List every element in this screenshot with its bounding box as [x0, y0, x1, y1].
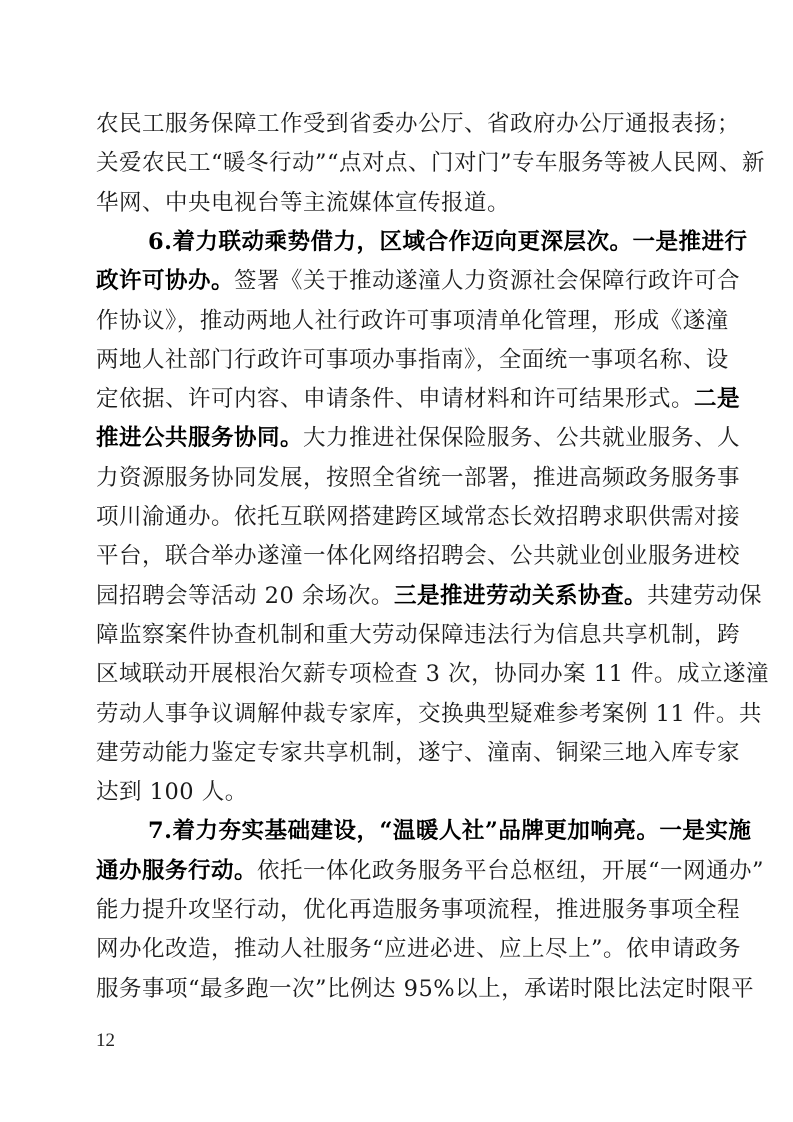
- text-run: 共建劳动保: [647, 583, 762, 609]
- text-line: 6.着力联动乘势借力，区域合作迈向更深层次。一是推进行: [148, 225, 698, 259]
- bold-text: 推进公共服务协同。: [96, 425, 303, 451]
- text-line: 华网、中央电视台等主流媒体宣传报道。: [96, 186, 698, 220]
- bold-text: 通办服务行动。: [96, 858, 257, 884]
- text-run: 能力提升攻坚行动，优化再造服务事项流程，推进服务事项全程: [96, 897, 740, 923]
- text-line: 达到 100 人。: [96, 775, 698, 809]
- text-run: 障监察案件协查机制和重大劳动保障违法行为信息共享机制，跨: [96, 622, 740, 648]
- text-run: 劳动人事争议调解仲裁专家库，交换典型疑难参考案例 11 件。共: [96, 701, 762, 727]
- text-line: 能力提升攻坚行动，优化再造服务事项流程，推进服务事项全程: [96, 893, 698, 927]
- text-run: 依托一体化政务服务平台总枢纽，开展“一网通办”: [257, 858, 764, 884]
- text-line: 服务事项“最多跑一次”比例达 95%以上，承诺时限比法定时限平: [96, 972, 698, 1006]
- text-line: 通办服务行动。依托一体化政务服务平台总枢纽，开展“一网通办”: [96, 854, 698, 888]
- text-line: 作协议》，推动两地人社行政许可事项清单化管理，形成《遂潼: [96, 304, 698, 338]
- text-line: 7.着力夯实基础建设，“温暖人社”品牌更加响亮。一是实施: [148, 814, 698, 848]
- bold-text: 7.着力夯实基础建设，“温暖人社”品牌更加响亮。一是实施: [148, 818, 751, 844]
- text-run: 定依据、许可内容、申请条件、申请材料和许可结果形式。: [96, 386, 694, 412]
- text-line: 政许可协办。签署《关于推动遂潼人力资源社会保障行政许可合: [96, 264, 698, 298]
- document-page: 农民工服务保障工作受到省委办公厅、省政府办公厅通报表扬；关爱农民工“暖冬行动”“…: [0, 0, 793, 1122]
- text-line: 障监察案件协查机制和重大劳动保障违法行为信息共享机制，跨: [96, 618, 698, 652]
- text-run: 两地人社部门行政许可事项办事指南》，全面统一事项名称、设: [96, 347, 729, 373]
- text-run: 服务事项“最多跑一次”比例达 95%以上，承诺时限比法定时限平: [96, 976, 754, 1002]
- bold-text: 政许可协办。: [96, 268, 234, 294]
- text-run: 关爱农民工“暖冬行动”“点对点、门对门”专车服务等被人民网、新: [96, 150, 765, 176]
- text-line: 园招聘会等活动 20 余场次。三是推进劳动关系协查。共建劳动保: [96, 579, 698, 613]
- bold-text: 三是推进劳动关系协查。: [394, 583, 647, 609]
- text-line: 平台，联合举办遂潼一体化网络招聘会、公共就业创业服务进校: [96, 539, 698, 573]
- text-line: 农民工服务保障工作受到省委办公厅、省政府办公厅通报表扬；: [96, 107, 698, 141]
- text-run: 建劳动能力鉴定专家共享机制，遂宁、潼南、铜梁三地入库专家: [96, 740, 740, 766]
- text-line: 区域联动开展根治欠薪专项检查 3 次，协同办案 11 件。成立遂潼: [96, 657, 698, 691]
- text-run: 网办化改造，推动人社服务“应进必进、应上尽上”。依申请政务: [96, 936, 741, 962]
- text-line: 力资源服务协同发展，按照全省统一部署，推进高频政务服务事: [96, 461, 698, 495]
- text-run: 项川渝通办。依托互联网搭建跨区域常态长效招聘求职供需对接: [96, 504, 740, 530]
- text-line: 建劳动能力鉴定专家共享机制，遂宁、潼南、铜梁三地入库专家: [96, 736, 698, 770]
- text-run: 力资源服务协同发展，按照全省统一部署，推进高频政务服务事: [96, 465, 740, 491]
- text-line: 两地人社部门行政许可事项办事指南》，全面统一事项名称、设: [96, 343, 698, 377]
- text-run: 作协议》，推动两地人社行政许可事项清单化管理，形成《遂潼: [96, 308, 729, 334]
- text-line: 关爱农民工“暖冬行动”“点对点、门对门”专车服务等被人民网、新: [96, 146, 698, 180]
- text-line: 推进公共服务协同。大力推进社保保险服务、公共就业服务、人: [96, 421, 698, 455]
- bold-text: 6.着力联动乘势借力，区域合作迈向更深层次。一是推进行: [148, 229, 748, 255]
- text-run: 华网、中央电视台等主流媒体宣传报道。: [96, 190, 510, 216]
- text-run: 大力推进社保保险服务、公共就业服务、人: [303, 425, 740, 451]
- text-run: 达到 100 人。: [96, 779, 248, 805]
- text-line: 定依据、许可内容、申请条件、申请材料和许可结果形式。二是: [96, 382, 698, 416]
- text-line: 项川渝通办。依托互联网搭建跨区域常态长效招聘求职供需对接: [96, 500, 698, 534]
- text-line: 网办化改造，推动人社服务“应进必进、应上尽上”。依申请政务: [96, 932, 698, 966]
- page-number: 12: [96, 1030, 115, 1052]
- text-run: 区域联动开展根治欠薪专项检查 3 次，协同办案 11 件。成立遂潼: [96, 661, 769, 687]
- text-run: 平台，联合举办遂潼一体化网络招聘会、公共就业创业服务进校: [96, 543, 740, 569]
- bold-text: 二是: [694, 386, 740, 412]
- text-run: 园招聘会等活动 20 余场次。: [96, 583, 394, 609]
- text-run: 签署《关于推动遂潼人力资源社会保障行政许可合: [234, 268, 740, 294]
- text-run: 农民工服务保障工作受到省委办公厅、省政府办公厅通报表扬；: [96, 111, 740, 137]
- text-line: 劳动人事争议调解仲裁专家库，交换典型疑难参考案例 11 件。共: [96, 697, 698, 731]
